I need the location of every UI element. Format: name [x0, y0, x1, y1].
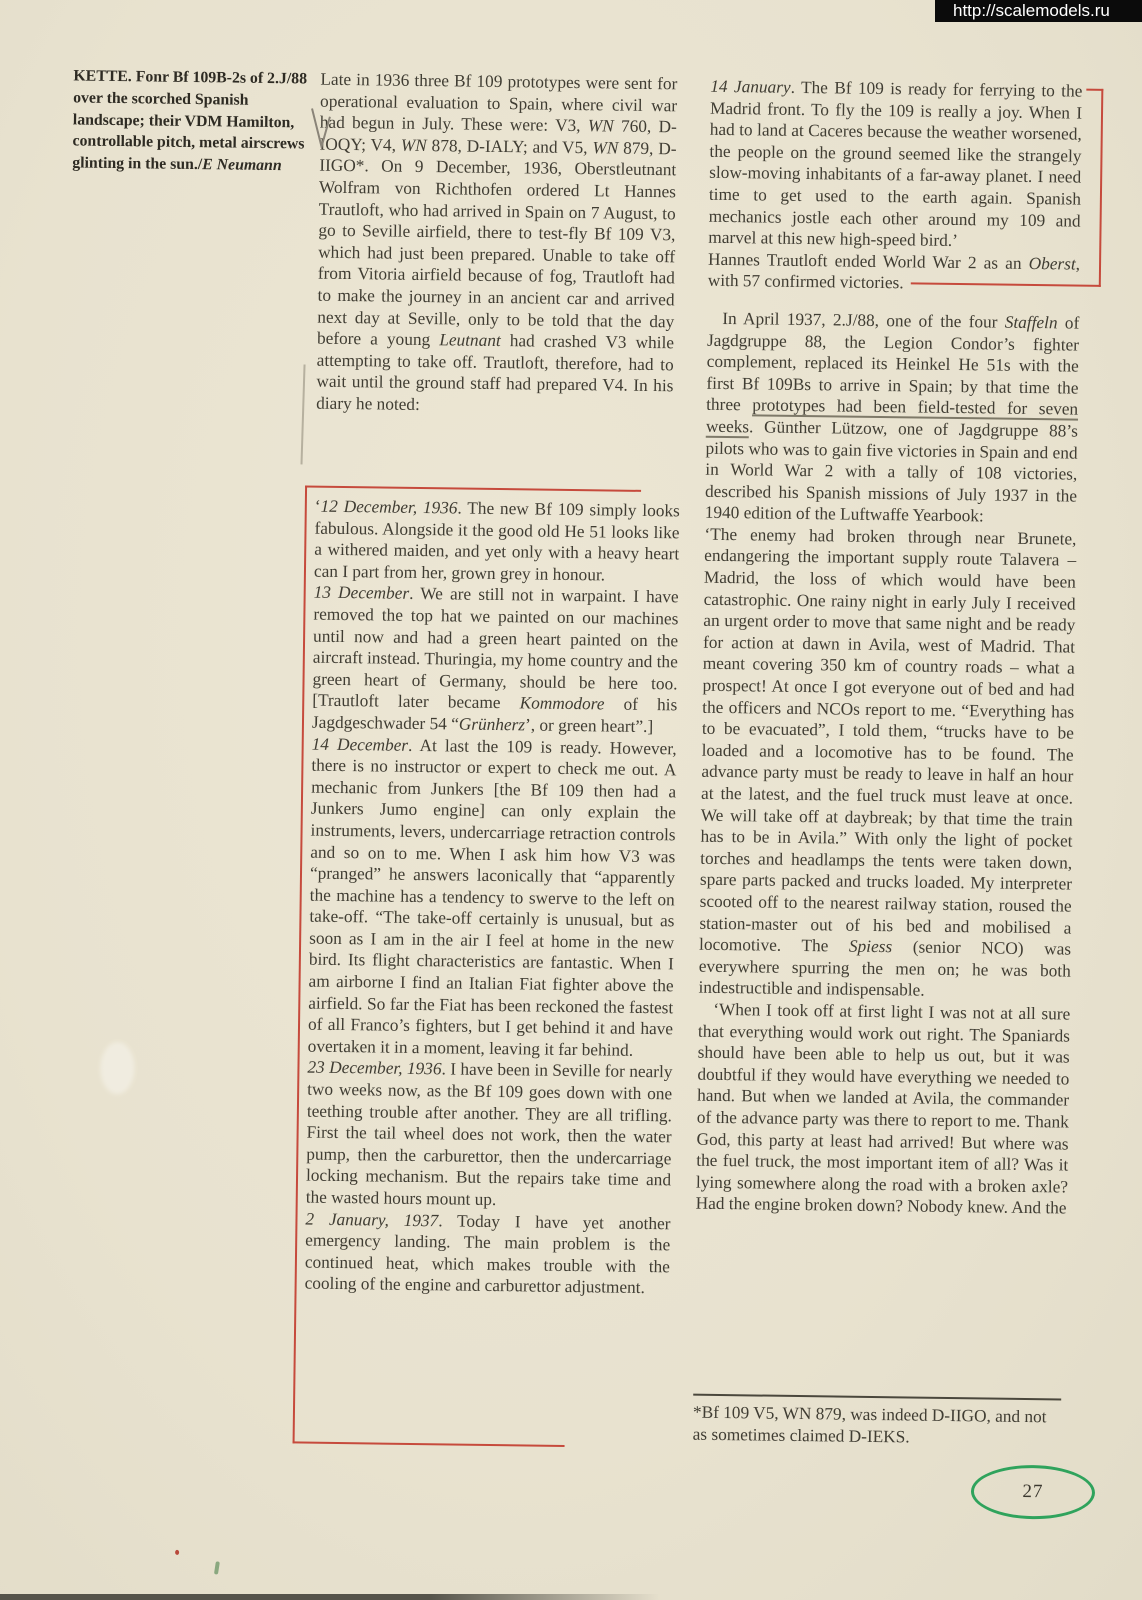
text-segment: Staffeln	[1005, 313, 1058, 333]
green-dot-mark	[214, 1561, 220, 1574]
page-number: 27	[1022, 1481, 1043, 1503]
red-highlight-box-col2	[911, 86, 1104, 286]
paragraph: ‘The enemy had broken through near Brune…	[698, 524, 1076, 1004]
paragraph: In April 1937, 2.J/88, one of the four S…	[705, 308, 1080, 529]
text-segment: ‘The enemy had broken through near Brune…	[699, 525, 1077, 956]
footnote-text: *Bf 109 V5, WN 879, was indeed D-IIGO, a…	[693, 1402, 1066, 1450]
green-page-number-circle: 27	[971, 1464, 1096, 1520]
paragraph: 14 December. At last the 109 is ready. H…	[308, 733, 677, 1062]
text-segment: 878, D-IALY; and V5,	[427, 136, 593, 157]
text-segment: Grünherz	[459, 714, 525, 734]
text-segment: . I have been in Seville for nearly two …	[306, 1060, 673, 1209]
paragraph: 23 December, 1936. I have been in Sevill…	[306, 1057, 673, 1213]
text-segment: 13 December	[314, 583, 410, 603]
paragraph: 13 December. We are still not in warpain…	[312, 582, 679, 738]
text-segment: E Neumann	[202, 156, 282, 174]
text-segment: 879, D-IIGO*. On 9 December, 1936, Obers…	[317, 138, 677, 349]
footnote: *Bf 109 V5, WN 879, was indeed D-IIGO, a…	[693, 1394, 1066, 1450]
scanned-book-page: KETTE. Fonr Bf 109B-2s of 2.J/88 over th…	[0, 0, 1142, 1600]
page-content: KETTE. Fonr Bf 109B-2s of 2.J/88 over th…	[0, 0, 1142, 1600]
red-highlight-box-bottom-line	[293, 1441, 565, 1447]
text-segment: *Bf 109 V5, WN 879, was indeed D-IIGO, a…	[693, 1403, 1047, 1446]
column1-intro-paragraph: Late in 1936 three Bf 109 prototypes wer…	[316, 69, 677, 419]
red-highlight-box-left-line	[293, 485, 308, 1443]
text-segment: ’, or green heart”.]	[525, 715, 653, 736]
url-watermark-banner: http://scalemodels.ru	[935, 0, 1142, 22]
text-segment: . Günther Lützow, one of Jagdgruppe 88’s…	[705, 417, 1078, 525]
footnote-rule	[693, 1394, 1061, 1401]
text-segment: 12 December, 1936	[320, 497, 457, 518]
paragraph: ‘12 December, 1936. The new Bf 109 simpl…	[314, 496, 680, 587]
text-segment: Kommodore	[520, 694, 605, 714]
text-segment: WN	[401, 135, 427, 154]
red-highlight-box-col2-tick	[1086, 89, 1103, 91]
text-segment: Leutnant	[439, 330, 501, 350]
text-segment: 23 December, 1936	[307, 1058, 441, 1079]
text-segment: ‘When I took off at first light I was no…	[696, 1000, 1071, 1218]
pencil-checkmark	[308, 103, 333, 155]
text-segment: . We are still not in warpaint. I have r…	[312, 584, 679, 712]
scan-edge-strip	[0, 1594, 660, 1600]
diary-entries: ‘12 December, 1936. The new Bf 109 simpl…	[305, 496, 680, 1300]
paragraph: 2 January, 1937. Today I have yet anothe…	[305, 1208, 671, 1299]
text-segment: In April 1937, 2.J/88, one of the four	[722, 309, 1005, 332]
diary-highlight-section: ‘12 December, 1936. The new Bf 109 simpl…	[288, 485, 685, 1448]
paragraph: ‘When I took off at first light I was no…	[696, 999, 1071, 1220]
text-segment: 14 January	[710, 77, 791, 97]
red-dot-mark	[175, 1550, 179, 1555]
pencil-margin-line	[300, 364, 305, 464]
photo-caption: KETTE. Fonr Bf 109B-2s of 2.J/88 over th…	[72, 65, 323, 177]
text-segment: WN	[588, 116, 614, 135]
text-segment: . At last the 109 is ready. However, the…	[308, 735, 677, 1059]
text-segment: 14 December	[312, 734, 409, 754]
paper-smudge	[100, 1042, 135, 1094]
text-segment: Spiess	[849, 937, 892, 957]
url-watermark-text: http://scalemodels.ru	[935, 1, 1110, 21]
red-highlight-box-top-line	[305, 485, 641, 491]
text-segment: 2 January, 1937	[305, 1209, 438, 1230]
text-segment: WN	[592, 138, 618, 157]
